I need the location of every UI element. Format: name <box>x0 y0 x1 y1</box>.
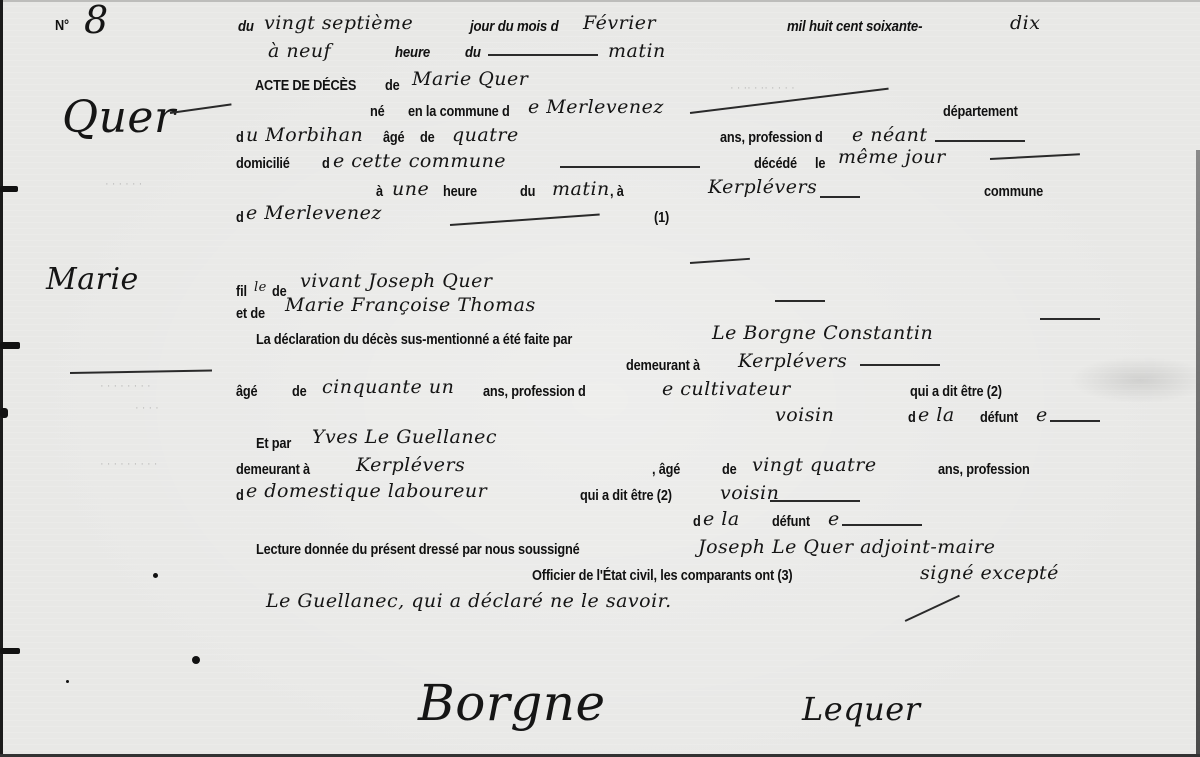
printed-du-dep: d <box>236 130 244 146</box>
margin-ink-mark <box>0 186 18 192</box>
day-field: vingt septième <box>264 12 413 34</box>
officer-field: Joseph Le Quer adjoint-maire <box>698 536 996 558</box>
declarant1-of-field: e la <box>918 404 955 426</box>
closing-flourish <box>905 595 960 622</box>
fill-line <box>990 153 1080 159</box>
printed-du-death: du <box>520 184 535 200</box>
scan-border-top <box>0 0 1200 2</box>
bleed-through-text: · · · · · · · · · <box>100 458 157 470</box>
declarant1-profession-field: e cultivateur <box>662 378 791 400</box>
bleed-through-text: · · · · · · · · <box>100 380 151 392</box>
declarant1-relation-field: voisin <box>775 404 834 426</box>
signed-except-field: signé excepté <box>920 562 1059 584</box>
printed-le: le <box>815 156 825 172</box>
record-number-label: N° <box>55 18 69 34</box>
printed-age: âgé <box>383 130 404 146</box>
margin-flourish <box>170 103 232 113</box>
margin-surname: Quer <box>62 92 175 143</box>
father-field: vivant Joseph Quer <box>300 270 492 292</box>
death-record-scan: · · · · · · · · · · · ·· · ·· · · · · · … <box>0 0 1200 757</box>
fille-suffix: le <box>254 280 267 295</box>
printed-et-par: Et par <box>256 436 291 452</box>
scan-border-right <box>1196 150 1200 757</box>
printed-domicilie: domicilié <box>236 156 290 172</box>
printed-defunt2: défunt <box>772 514 810 530</box>
printed-qui-a-dit-etre: qui a dit être (2) <box>910 384 1002 400</box>
ink-spot <box>66 680 69 683</box>
printed-commune: commune <box>984 184 1043 200</box>
margin-ink-mark <box>0 342 20 349</box>
fill-line <box>860 364 940 366</box>
ink-spot <box>153 573 158 578</box>
residence-field: e cette commune <box>333 150 506 172</box>
declarant1-name-field: Le Borgne Constantin <box>712 322 933 344</box>
deceased-name-field: Marie Quer <box>412 68 528 90</box>
printed-d-commune: d <box>236 210 244 226</box>
printed-decede: décédé <box>754 156 797 172</box>
fill-line <box>775 300 825 302</box>
commune-field: e Merlevenez <box>246 202 382 224</box>
declarant1-age-field: cinquante un <box>322 376 454 398</box>
fill-line <box>450 214 600 226</box>
printed-ans-profession: ans, profession d <box>720 130 823 146</box>
fill-line <box>842 524 922 526</box>
printed-d-defunt2: d <box>693 514 701 530</box>
printed-acte-de-deces: ACTE DE DÉCÈS <box>255 78 356 94</box>
printed-et-de: et de <box>236 306 265 322</box>
record-number: 8 <box>84 0 109 42</box>
printed-de-domicile: d <box>322 156 330 172</box>
declarant1-residence-field: Kerplévers <box>738 350 847 372</box>
printed-ans-profession-declarant1: ans, profession d <box>483 384 586 400</box>
fill-line <box>820 196 860 198</box>
printed-ne: né <box>370 104 385 120</box>
printed-qui-a-dit-etre2: qui a dit être (2) <box>580 488 672 504</box>
declarant2-residence-field: Kerplévers <box>356 454 465 476</box>
fill-line <box>935 140 1025 142</box>
printed-fils: fil <box>236 284 247 300</box>
time-of-day-field: matin <box>608 40 666 62</box>
signature-officer: Lequer <box>802 690 921 728</box>
printed-d-profession2: d <box>236 488 244 504</box>
month-field: Février <box>583 12 656 34</box>
bleed-through-text: · · · · · · <box>105 178 142 190</box>
margin-ink-mark <box>0 408 8 418</box>
printed-demeurant-a: demeurant à <box>626 358 700 374</box>
printed-du-time: du <box>465 44 481 61</box>
declarant2-profession-field: e domestique laboureur <box>246 480 487 502</box>
margin-rule <box>70 370 212 374</box>
fill-line <box>770 500 860 502</box>
fill-line <box>488 54 598 56</box>
printed-de-declarant2: de <box>722 462 737 478</box>
printed-demeurant-a2: demeurant à <box>236 462 310 478</box>
scan-border-left <box>0 0 3 757</box>
death-time-of-day-field: matin <box>552 178 610 200</box>
hour-field: à neuf <box>268 40 331 62</box>
birth-commune-field: e Merlevenez <box>528 96 664 118</box>
printed-du: du <box>238 18 254 35</box>
bleed-through-text: · · · · <box>135 402 159 414</box>
fill-line <box>1050 420 1100 422</box>
department-field: u Morbihan <box>246 124 363 146</box>
year-suffix-field: dix <box>1010 12 1040 34</box>
printed-ans-profession-declarant2: ans, profession <box>938 462 1030 478</box>
printed-de-declarant1: de <box>292 384 307 400</box>
printed-a-place: , à <box>610 184 624 200</box>
profession-field: e néant <box>852 124 927 146</box>
closing-line-field: Le Guellanec, qui a déclaré ne le savoir… <box>266 590 672 612</box>
fill-line <box>560 166 700 168</box>
mother-field: Marie Françoise Thomas <box>285 294 536 316</box>
declarant2-age-field: vingt quatre <box>752 454 877 476</box>
fill-line <box>690 258 750 264</box>
printed-departement: département <box>943 104 1018 120</box>
margin-given-name: Marie <box>46 262 139 297</box>
printed-age-declarant1: âgé <box>236 384 257 400</box>
printed-year: mil huit cent soixante- <box>787 18 922 35</box>
printed-declaration: La déclaration du décès sus-mentionné a … <box>256 332 572 348</box>
printed-en-la-commune: en la commune d <box>408 104 510 120</box>
fill-line <box>1040 318 1100 320</box>
printed-a: à <box>376 184 383 200</box>
printed-officier: Officier de l'État civil, les comparants… <box>532 568 792 584</box>
declarant2-name-field: Yves Le Guellanec <box>312 426 497 448</box>
printed-de: de <box>385 78 400 94</box>
printed-age-declarant2: , âgé <box>652 462 680 478</box>
signature-declarant: Borgne <box>418 674 606 732</box>
printed-lecture: Lecture donnée du présent dressé par nou… <box>256 542 580 558</box>
declarant2-of-field: e la <box>703 508 740 530</box>
printed-defunt1: défunt <box>980 410 1018 426</box>
death-hour-field: une <box>392 178 429 200</box>
margin-ink-mark <box>0 648 20 654</box>
printed-d-defunt1: d <box>908 410 916 426</box>
bleed-through-text: · · ·· · ·· · · · · <box>730 82 795 94</box>
printed-de-age: de <box>420 130 435 146</box>
defunt1-suffix: e <box>1036 404 1048 426</box>
printed-jour-du-mois: jour du mois d <box>470 18 558 35</box>
age-field: quatre <box>452 124 519 146</box>
printed-heure: heure <box>395 44 430 61</box>
note-1: (1) <box>654 210 669 226</box>
death-date-field: même jour <box>838 146 946 168</box>
death-place-field: Kerplévers <box>708 176 817 198</box>
defunt2-suffix: e <box>828 508 840 530</box>
printed-heure-death: heure <box>443 184 477 200</box>
ink-spot <box>192 656 200 664</box>
